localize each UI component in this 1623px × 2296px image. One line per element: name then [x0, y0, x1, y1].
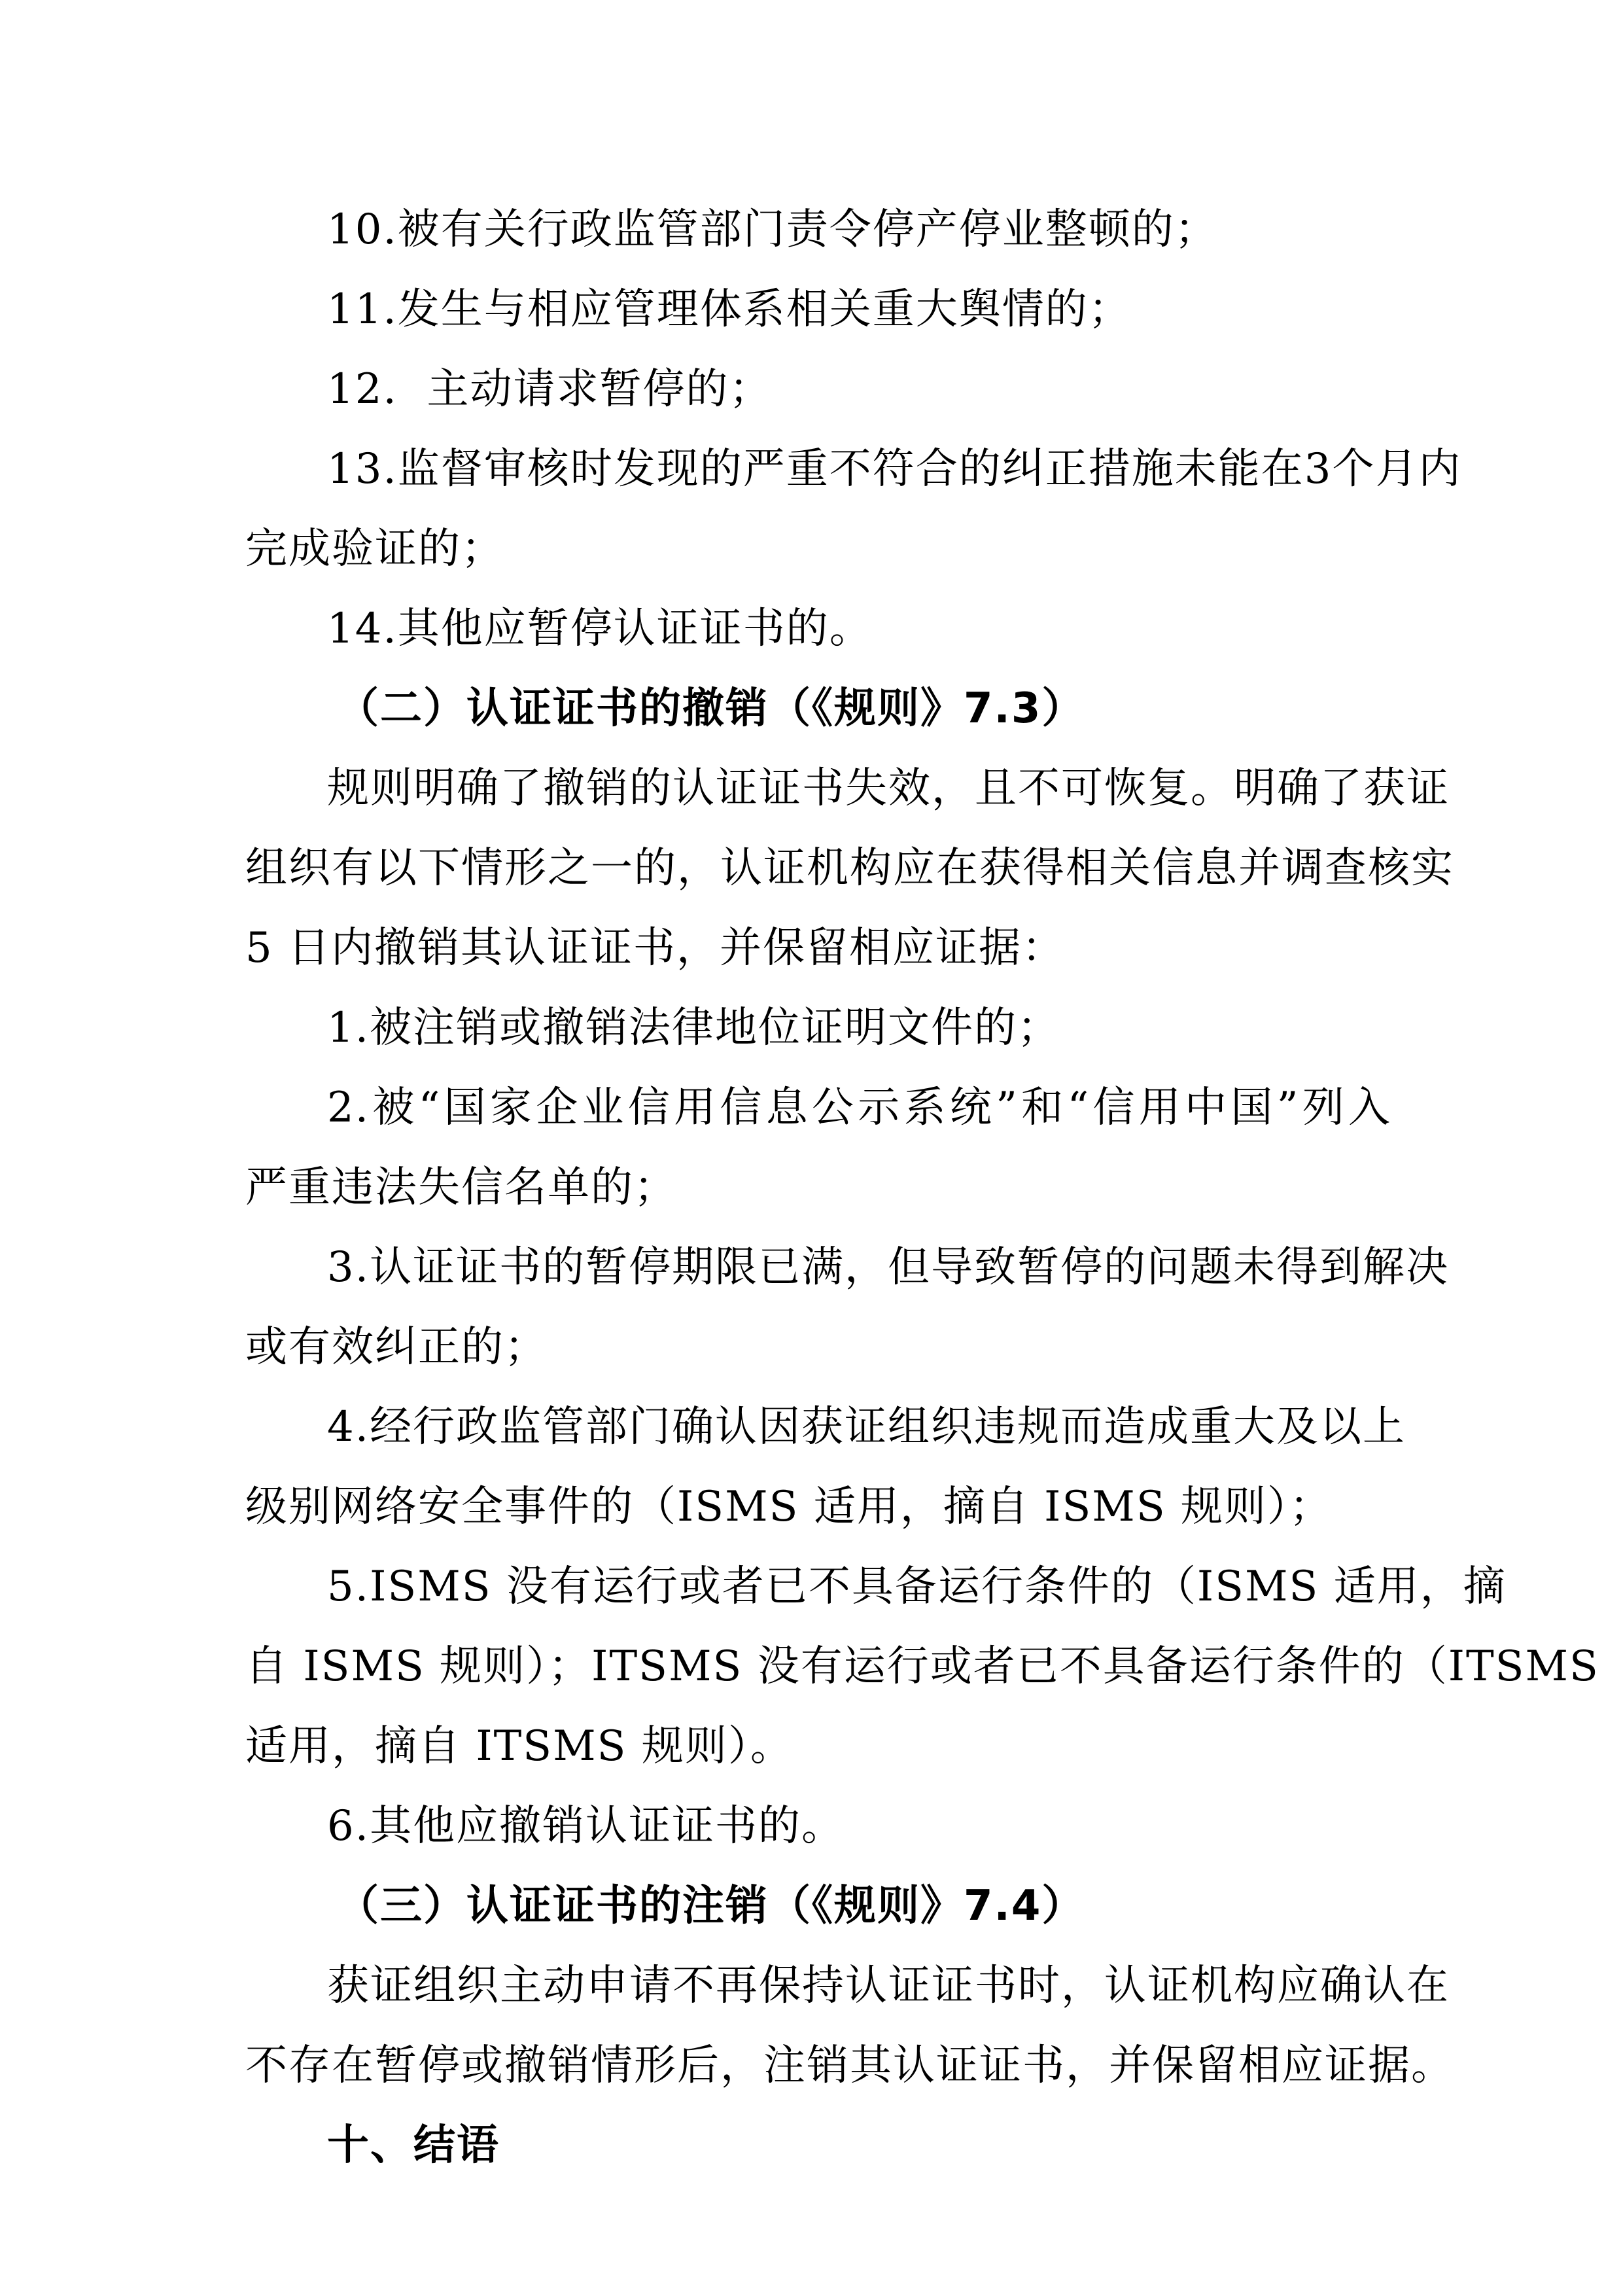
paragraph-line: 11.发生与相应管理体系相关重大舆情的；: [245, 270, 1391, 349]
paragraph-line: 5 日内撤销其认证证书，并保留相应证据：: [245, 908, 1391, 988]
paragraph-line: 3.认证证书的暂停期限已满，但导致暂停的问题未得到解决: [245, 1227, 1391, 1307]
revocation-intro: 规则明确了撤销的认证证书失效，且不可恢复。明确了获证 组织有以下情形之一的，认证…: [245, 749, 1391, 988]
revocation-item-6: 6.其他应撤销认证证书的。: [245, 1786, 1391, 1866]
section-heading-cancellation: （三）认证证书的注销（《规则》7.4）: [245, 1866, 1391, 1946]
paragraph-line: 13.监督审核时发现的严重不符合的纠正措施未能在3个月内: [245, 429, 1391, 509]
cancellation-body: 获证组织主动申请不再保持认证证书时，认证机构应确认在 不存在暂停或撤销情形后，注…: [245, 1946, 1391, 2106]
paragraph-line: 或有效纠正的；: [245, 1307, 1391, 1387]
paragraph-line: 级别网络安全事件的（ISMS 适用，摘自 ISMS 规则）；: [245, 1467, 1391, 1547]
suspension-item-10: 10.被有关行政监管部门责令停产停业整顿的；: [245, 190, 1391, 270]
paragraph-line: 6.其他应撤销认证证书的。: [245, 1786, 1391, 1866]
paragraph-line: 1.被注销或撤销法律地位证明文件的；: [245, 988, 1391, 1068]
paragraph-line: 5.ISMS 没有运行或者已不具备运行条件的（ISMS 适用，摘: [245, 1547, 1391, 1627]
section-heading-conclusion: 十、结语: [245, 2106, 1391, 2185]
paragraph-line: 10.被有关行政监管部门责令停产停业整顿的；: [245, 190, 1391, 270]
paragraph-line: 完成验证的；: [245, 509, 1391, 589]
paragraph-line: 适用，摘自 ITSMS 规则）。: [245, 1706, 1391, 1786]
paragraph-line: 4.经行政监管部门确认因获证组织违规而造成重大及以上: [245, 1387, 1391, 1467]
revocation-item-3: 3.认证证书的暂停期限已满，但导致暂停的问题未得到解决 或有效纠正的；: [245, 1227, 1391, 1387]
revocation-item-5: 5.ISMS 没有运行或者已不具备运行条件的（ISMS 适用，摘 自 ISMS …: [245, 1547, 1391, 1786]
suspension-item-13: 13.监督审核时发现的严重不符合的纠正措施未能在3个月内 完成验证的；: [245, 429, 1391, 589]
paragraph-line: 获证组织主动申请不再保持认证证书时，认证机构应确认在: [245, 1946, 1391, 2026]
revocation-item-4: 4.经行政监管部门确认因获证组织违规而造成重大及以上 级别网络安全事件的（ISM…: [245, 1387, 1391, 1547]
paragraph-line: 组织有以下情形之一的，认证机构应在获得相关信息并调查核实: [245, 828, 1391, 908]
suspension-item-14: 14.其他应暂停认证证书的。: [245, 589, 1391, 669]
suspension-item-12: 12. 主动请求暂停的；: [245, 349, 1391, 429]
paragraph-line: 14.其他应暂停认证证书的。: [245, 589, 1391, 669]
paragraph-line: 2.被“国家企业信用信息公示系统”和“信用中国”列入: [245, 1068, 1391, 1148]
paragraph-line: 不存在暂停或撤销情形后，注销其认证证书，并保留相应证据。: [245, 2026, 1391, 2106]
revocation-item-2: 2.被“国家企业信用信息公示系统”和“信用中国”列入 严重违法失信名单的；: [245, 1068, 1391, 1227]
paragraph-line: 规则明确了撤销的认证证书失效，且不可恢复。明确了获证: [245, 749, 1391, 828]
paragraph-line: 12. 主动请求暂停的；: [245, 349, 1391, 429]
document-page: 10.被有关行政监管部门责令停产停业整顿的； 11.发生与相应管理体系相关重大舆…: [245, 190, 1391, 2185]
revocation-item-1: 1.被注销或撤销法律地位证明文件的；: [245, 988, 1391, 1068]
section-heading-revocation: （二）认证证书的撤销（《规则》7.3）: [245, 669, 1391, 749]
paragraph-line: 严重违法失信名单的；: [245, 1148, 1391, 1227]
paragraph-line: 自 ISMS 规则）；ITSMS 没有运行或者已不具备运行条件的（ITSMS: [245, 1627, 1391, 1706]
suspension-item-11: 11.发生与相应管理体系相关重大舆情的；: [245, 270, 1391, 349]
